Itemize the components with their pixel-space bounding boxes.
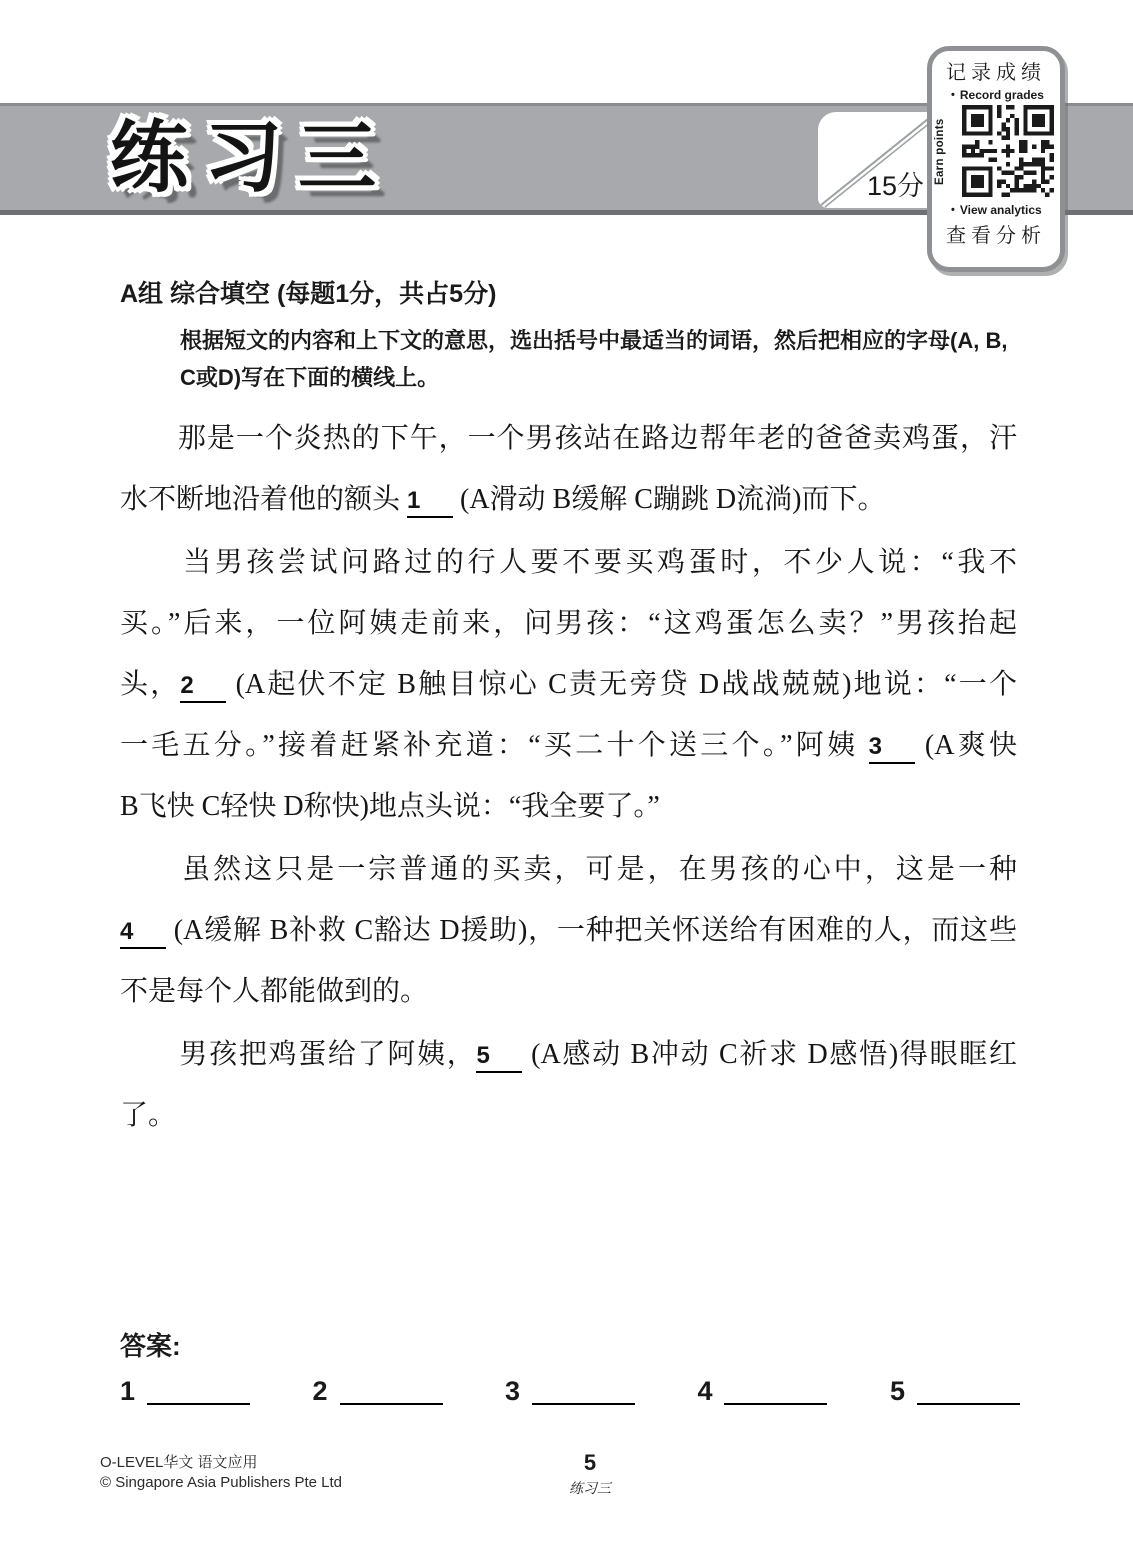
answers-label: 答案: <box>120 1326 181 1363</box>
passage-line: 男孩把鸡蛋给了阿姨，5 (A感动 B冲动 C祈求 D感悟)得眼眶红 <box>120 1024 1017 1085</box>
passage-line: 4 (A缓解 B补救 C豁达 D援助)，一种把关怀送给有困难的人，而这些 <box>120 900 1017 961</box>
qr-feature-view-label: View analytics <box>960 203 1042 217</box>
answers-row: 12345 <box>120 1378 1020 1405</box>
score-total: 15分 <box>867 164 924 203</box>
passage-line: B飞快 C轻快 D称快)地点头说：“我全要了。” <box>120 776 1017 837</box>
passage-line: 虽然这只是一宗普通的买卖，可是，在男孩的心中，这是一种 <box>120 839 1017 900</box>
answer-item-1: 1 <box>120 1378 250 1405</box>
answer-number: 3 <box>505 1378 520 1405</box>
cloze-blank-2: 2 <box>180 671 226 703</box>
page-number: 5 <box>470 1450 710 1476</box>
passage-line: 了。 <box>120 1085 1017 1146</box>
answer-number: 1 <box>120 1378 135 1405</box>
passage-paragraph: 男孩把鸡蛋给了阿姨，5 (A感动 B冲动 C祈求 D感悟)得眼眶红了。 <box>120 1024 1017 1146</box>
footer-page: 5 练习三 <box>470 1450 710 1498</box>
footer-series-title: O-LEVEL华文 语文应用 <box>100 1453 342 1473</box>
qr-feature-record: • Record grades <box>951 88 1057 102</box>
footer-publisher: O-LEVEL华文 语文应用 © Singapore Asia Publishe… <box>100 1453 342 1493</box>
qr-panel: 记录成绩 • Record grades Earn points • View … <box>927 46 1065 272</box>
section-heading: A组 综合填空 (每题1分，共占5分) <box>120 274 1017 310</box>
passage-line: 那是一个炎热的下午，一个男孩站在路边帮年老的爸爸卖鸡蛋，汗 <box>120 408 1017 469</box>
answer-blank-line <box>147 1378 250 1405</box>
exercise-title: 练习三 <box>110 106 392 210</box>
passage-paragraph: 当男孩尝试问路过的行人要不要买鸡蛋时，不少人说：“我不买。”后来，一位阿姨走前来… <box>120 532 1017 837</box>
answer-number: 5 <box>890 1378 905 1405</box>
passage-line: 买。”后来，一位阿姨走前来，问男孩：“这鸡蛋怎么卖？”男孩抬起 <box>120 593 1017 654</box>
answer-blank-line <box>340 1378 443 1405</box>
section-instructions: 根据短文的内容和上下文的意思，选出括号中最适当的词语，然后把相应的字母(A, B… <box>180 322 1017 396</box>
qr-feature-view: • View analytics <box>951 203 1057 217</box>
footer-copyright: © Singapore Asia Publishers Pte Ltd <box>100 1473 342 1493</box>
section-a: A组 综合填空 (每题1分，共占5分) 根据短文的内容和上下文的意思，选出括号中… <box>120 274 1017 396</box>
answer-number: 2 <box>312 1378 327 1405</box>
passage-paragraph: 虽然这只是一宗普通的买卖，可是，在男孩的心中，这是一种4 (A缓解 B补救 C豁… <box>120 839 1017 1022</box>
instruction-line: 根据短文的内容和上下文的意思，选出括号中最适当的词语，然后把相应的字母(A, B… <box>180 322 1017 359</box>
passage-line: 不是每个人都能做到的。 <box>120 961 1017 1022</box>
cloze-passage: 那是一个炎热的下午，一个男孩站在路边帮年老的爸爸卖鸡蛋，汗水不断地沿着他的额头 … <box>120 408 1017 1148</box>
answer-blank-line <box>917 1378 1020 1405</box>
bullet-icon: • <box>951 205 955 215</box>
qr-footer-cn: 查看分析 <box>935 219 1057 248</box>
cloze-blank-1: 1 <box>407 486 453 518</box>
passage-paragraph: 那是一个炎热的下午，一个男孩站在路边帮年老的爸爸卖鸡蛋，汗水不断地沿着他的额头 … <box>120 408 1017 530</box>
qr-title-cn: 记录成绩 <box>935 56 1057 85</box>
passage-line: 当男孩尝试问路过的行人要不要买鸡蛋时，不少人说：“我不 <box>120 532 1017 593</box>
qr-feature-earn-label: Earn points <box>934 104 946 200</box>
answer-item-4: 4 <box>697 1378 827 1405</box>
answer-item-3: 3 <box>505 1378 635 1405</box>
answer-blank-line <box>532 1378 635 1405</box>
cloze-blank-4: 4 <box>120 917 166 949</box>
passage-line: 一毛五分。”接着赶紧补充道：“买二十个送三个。”阿姨 3 (A爽快 <box>120 715 1017 776</box>
cloze-blank-5: 5 <box>476 1041 522 1073</box>
qr-code-icon <box>962 105 1054 197</box>
answer-blank-line <box>724 1378 827 1405</box>
qr-middle: Earn points <box>935 104 1057 200</box>
cloze-blank-3: 3 <box>869 732 915 764</box>
answer-item-2: 2 <box>312 1378 442 1405</box>
passage-line: 水不断地沿着他的额头 1 (A滑动 B缓解 C蹦跳 D流淌)而下。 <box>120 469 1017 530</box>
page-exercise-label: 练习三 <box>470 1478 710 1498</box>
answer-item-5: 5 <box>890 1378 1020 1405</box>
passage-line: 头，2 (A起伏不定 B触目惊心 C责无旁贷 D战战兢兢)地说：“一个 <box>120 654 1017 715</box>
bullet-icon: • <box>951 90 955 100</box>
qr-feature-record-label: Record grades <box>960 88 1044 102</box>
answer-number: 4 <box>697 1378 712 1405</box>
instruction-line: C或D)写在下面的横线上。 <box>180 359 1017 396</box>
score-box: 15分 <box>818 112 936 208</box>
